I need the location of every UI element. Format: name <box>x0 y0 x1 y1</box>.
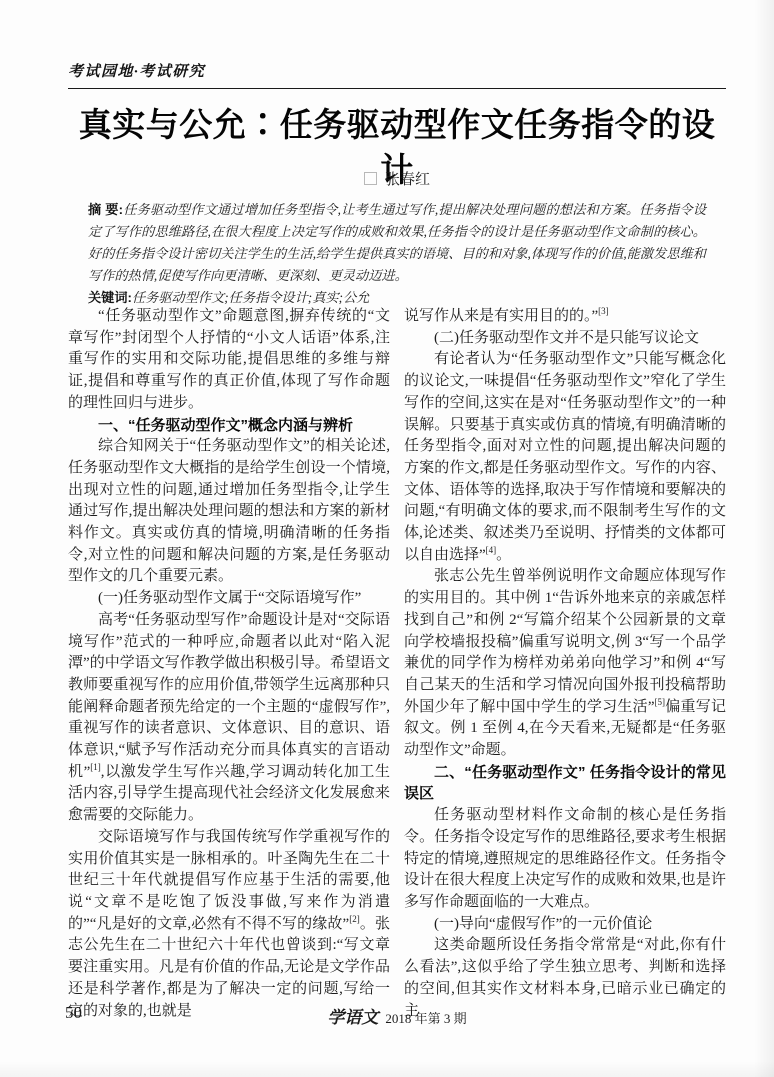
abstract-label: 摘 要: <box>88 202 123 217</box>
section-label: 考试园地·考试研究 <box>68 60 205 81</box>
left-column: “任务驱动型作文”命题意图,摒弃传统的“文章写作”封闭型个人抒情的“小文人话语”… <box>68 306 390 1022</box>
body-paragraph: 交际语境写作与我国传统写作学重视写作的实用价值其实是一脉相承的。叶圣陶先生在二十… <box>68 827 390 1022</box>
keywords-text: 任务驱动型作文;任务指令设计;真实;公允 <box>132 290 369 305</box>
journal-name: 学语文 <box>327 1008 378 1027</box>
subsection-heading: (一)任务驱动型作文属于“交际语境写作” <box>68 588 390 610</box>
abstract-paragraph: 摘 要:任务驱动型作文通过增加任务型指令,让考生通过写作,提出解决处理问题的想法… <box>88 199 706 287</box>
body-paragraph: 有论者认为“任务驱动型作文”只能写概念化的议论文,一味提倡“任务驱动型作文”窄化… <box>404 349 726 566</box>
header-rule <box>68 88 726 89</box>
reference-marker: [2] <box>349 914 360 924</box>
section-heading: 二、“任务驱动型作文” 任务指令设计的常见误区 <box>404 762 726 805</box>
body-paragraph: 张志公先生曾举例说明作文命题应体现写作的实用目的。其中例 1“告诉外地来京的亲戚… <box>404 566 726 761</box>
subsection-heading: (二)任务驱动型作文并不是只能写议论文 <box>404 328 726 350</box>
page-footer: 50 学语文2018 年第 3 期 <box>68 1003 726 1028</box>
article-body: “任务驱动型作文”命题意图,摒弃传统的“文章写作”封闭型个人抒情的“小文人话语”… <box>68 306 726 1022</box>
body-paragraph: 任务驱动型材料作文命制的核心是任务指令。任务指令设定写作的思维路径,要求考生根据… <box>404 805 726 914</box>
author-name: 张春红 <box>385 172 430 188</box>
keywords-label: 关键词: <box>88 290 132 305</box>
abstract-text: 任务驱动型作文通过增加任务型指令,让考生通过写作,提出解决处理问题的想法和方案。… <box>88 202 706 283</box>
body-paragraph: 综合知网关于“任务驱动型作文”的相关论述,任务驱动型作文大概指的是给学生创设一个… <box>68 436 390 588</box>
journal-issue: 2018 年第 3 期 <box>385 1011 466 1026</box>
author-line: 张春红 <box>68 168 726 189</box>
section-heading: 一、“任务驱动型作文”概念内涵与辨析 <box>68 415 390 437</box>
reference-marker: [1] <box>90 762 101 772</box>
journal-page: 考试园地·考试研究 真实与公允∶任务驱动型作文任务指令的设计 张春红 摘 要:任… <box>0 0 774 1077</box>
body-paragraph: “任务驱动型作文”命题意图,摒弃传统的“文章写作”封闭型个人抒情的“小文人话语”… <box>68 306 390 415</box>
subsection-heading: (一)导向“虚假写作”的一元价值论 <box>404 914 726 936</box>
body-paragraph: 高考“任务驱动型写作”命题设计是对“交际语境写作”范式的一种呼应,命题者以此对“… <box>68 610 390 827</box>
journal-line: 学语文2018 年第 3 期 <box>327 1011 466 1026</box>
page-content: 考试园地·考试研究 真实与公允∶任务驱动型作文任务指令的设计 张春红 摘 要:任… <box>68 0 726 1077</box>
abstract-block: 摘 要:任务驱动型作文通过增加任务型指令,让考生通过写作,提出解决处理问题的想法… <box>88 199 706 309</box>
body-paragraph: 说写作从来是有实用目的的。”[3] <box>404 306 726 328</box>
reference-marker: [4] <box>486 545 497 555</box>
author-marker-box-icon <box>364 172 377 185</box>
page-edge-shadow-right <box>754 0 774 1077</box>
right-column: 说写作从来是有实用目的的。”[3](二)任务驱动型作文并不是只能写议论文有论者认… <box>404 306 726 1022</box>
reference-marker: [5] <box>655 697 666 707</box>
page-number: 50 <box>65 1003 82 1023</box>
reference-marker: [3] <box>598 306 609 316</box>
